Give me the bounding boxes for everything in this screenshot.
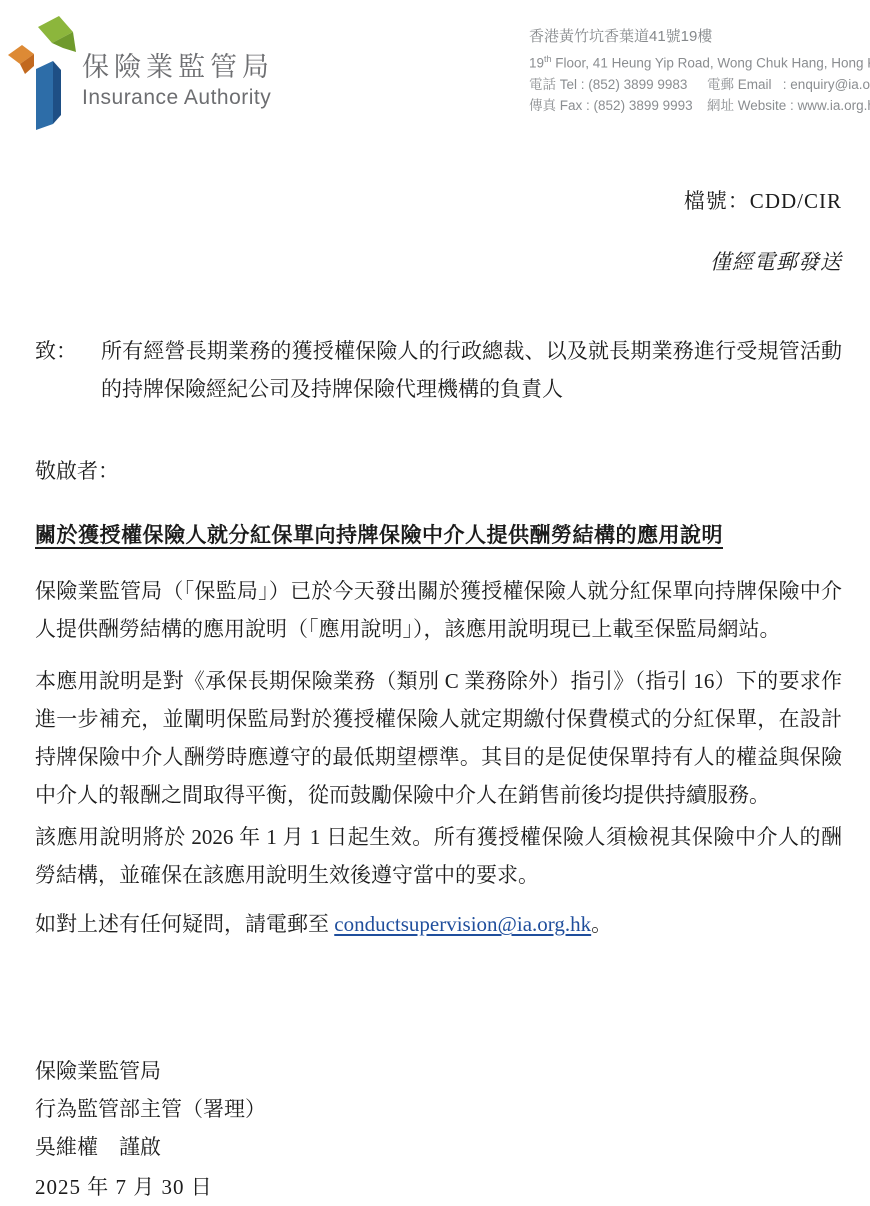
addressee-label: 致： <box>35 332 101 408</box>
contact-grid: 電話 Tel : (852) 3899 9983 電郵 Email : enqu… <box>529 74 870 116</box>
website-value: www.ia.org.hk <box>798 98 870 113</box>
address-zh: 香港黃竹坑香葉道41號19樓 <box>529 26 870 47</box>
fax-row: 傳真 Fax : (852) 3899 9993 <box>529 95 697 116</box>
address-en-rest: Floor, 41 Heung Yip Road, Wong Chuk Hang… <box>552 56 870 71</box>
insurance-authority-logo-icon <box>8 12 80 130</box>
paragraph-4: 如對上述有任何疑問，請電郵至 conductsupervision@ia.org… <box>35 905 842 943</box>
signature-org: 保險業監管局 <box>35 1052 842 1090</box>
address-en: 19th Floor, 41 Heung Yip Road, Wong Chuk… <box>529 49 870 74</box>
file-reference: 檔號：CDD/CIR <box>35 182 842 220</box>
enquiry-text-end: 。 <box>591 912 612 936</box>
org-name-en: Insurance Authority <box>82 86 274 110</box>
enquiry-text: 如對上述有任何疑問，請電郵至 <box>35 912 334 936</box>
conduct-supervision-email-link[interactable]: conductsupervision@ia.org.hk <box>334 912 591 936</box>
address-en-sup: th <box>544 54 552 64</box>
signature-name: 吳維權 謹啟 <box>35 1128 842 1166</box>
org-name-zh: 保險業監管局 <box>82 52 274 83</box>
fax-value: (852) 3899 9993 <box>594 98 693 113</box>
delivery-note: 僅經電郵發送 <box>35 243 842 281</box>
signature-block: 保險業監管局 行為監管部主管（署理） 吳維權 謹啟 <box>35 1052 842 1166</box>
website-sep: : <box>790 98 798 113</box>
subject-heading: 關於獲授權保險人就分紅保單向持牌保險中介人提供酬勞結構的應用說明 <box>35 516 842 554</box>
addressee-text: 所有經營長期業務的獲授權保險人的行政總裁、以及就長期業務進行受規管活動的持牌保險… <box>101 332 842 408</box>
website-row: 網址 Website : www.ia.org.hk <box>707 95 870 116</box>
org-logo: 保險業監管局 Insurance Authority <box>8 12 274 130</box>
paragraph-3: 該應用說明將於 2026 年 1 月 1 日起生效。所有獲授權保險人須檢視其保險… <box>35 818 842 894</box>
tel-row: 電話 Tel : (852) 3899 9983 <box>529 74 697 95</box>
salutation: 敬啟者： <box>35 452 842 490</box>
fax-sep: : <box>586 98 594 113</box>
date-line: 2025 年 7 月 30 日 <box>35 1168 842 1206</box>
address-en-number: 19 <box>529 56 544 71</box>
addressee-block: 致： 所有經營長期業務的獲授權保險人的行政總裁、以及就長期業務進行受規管活動的持… <box>35 332 842 408</box>
org-name: 保險業監管局 Insurance Authority <box>82 52 274 110</box>
signature-title: 行為監管部主管（署理） <box>35 1090 842 1128</box>
tel-label: 電話 Tel <box>529 77 577 92</box>
website-label: 網址 Website <box>707 98 786 113</box>
contact-block: 香港黃竹坑香葉道41號19樓 19th Floor, 41 Heung Yip … <box>529 26 870 116</box>
fax-label: 傳真 Fax <box>529 98 582 113</box>
paragraph-1: 保險業監管局（「保監局」）已於今天發出關於獲授權保險人就分紅保單向持牌保險中介人… <box>35 572 842 648</box>
paragraph-2: 本應用說明是對《承保長期保險業務（類別 C 業務除外）指引》（指引 16）下的要… <box>35 662 842 814</box>
letter-page: 保險業監管局 Insurance Authority 香港黃竹坑香葉道41號19… <box>0 0 870 1206</box>
email-value: enquiry@ia.org.hk <box>790 77 870 92</box>
email-label: 電郵 Email <box>707 77 772 92</box>
tel-value: (852) 3899 9983 <box>588 77 687 92</box>
email-row: 電郵 Email : enquiry@ia.org.hk <box>707 74 870 95</box>
